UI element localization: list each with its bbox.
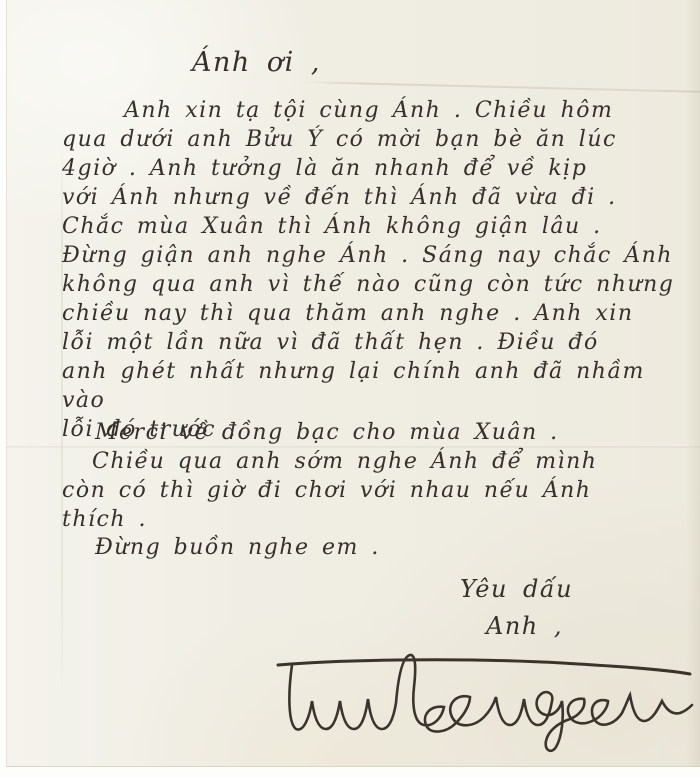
letter-line: Đừng buồn nghe em . xyxy=(62,533,682,562)
paragraph: Chiều qua anh sớm nghe Ánh để mìnhcòn có… xyxy=(62,447,682,534)
paragraph: Anh xin tạ tội cùng Ánh . Chiều hômqua d… xyxy=(62,96,682,444)
paragraph: Đừng buồn nghe em . xyxy=(62,533,682,562)
scanned-letter-page: Ánh ơi , Anh xin tạ tội cùng Ánh . Chiều… xyxy=(0,0,700,777)
signature-autograph-icon xyxy=(262,643,698,765)
letter-line: 4giờ . Anh tưởng là ăn nhanh để về kịp xyxy=(62,154,682,183)
salutation: Ánh ơi , xyxy=(192,46,321,80)
letter-line: Đừng giận anh nghe Ánh . Sáng nay chắc Á… xyxy=(62,241,682,270)
signature-scrawl xyxy=(289,655,692,751)
letter-line: còn có thì giờ đi chơi với nhau nếu Ánh xyxy=(62,476,682,505)
letter-line: anh ghét nhất nhưng lại chính anh đã nhầ… xyxy=(62,357,682,415)
letter-line: chiều nay thì qua thăm anh nghe . Anh xi… xyxy=(62,299,682,328)
valediction: Yêu dấu xyxy=(460,575,573,603)
letter-line: thích . xyxy=(62,505,682,534)
paragraph: Merci về đồng bạc cho mùa Xuân . xyxy=(62,418,682,447)
letter-body: Ánh ơi , Anh xin tạ tội cùng Ánh . Chiều… xyxy=(0,0,700,767)
letter-line: lỗi một lần nữa vì đã thất hẹn . Điều đó xyxy=(62,328,682,357)
letter-line: không qua anh vì thế nào cũng còn tức nh… xyxy=(62,270,682,299)
letter-line: qua dưới anh Bửu Ý có mời bạn bè ăn lúc xyxy=(62,125,682,154)
letter-line: với Ánh nhưng về đến thì Ánh đã vừa đi . xyxy=(62,183,682,212)
letter-line: Chiều qua anh sớm nghe Ánh để mình xyxy=(62,447,682,476)
letter-line: Merci về đồng bạc cho mùa Xuân . xyxy=(62,418,682,447)
letter-line: Anh xin tạ tội cùng Ánh . Chiều hôm xyxy=(62,96,682,125)
signature-overline xyxy=(278,660,690,674)
letter-line: Chắc mùa Xuân thì Ánh không giận lâu . xyxy=(62,212,682,241)
signoff: Anh , xyxy=(486,612,563,640)
